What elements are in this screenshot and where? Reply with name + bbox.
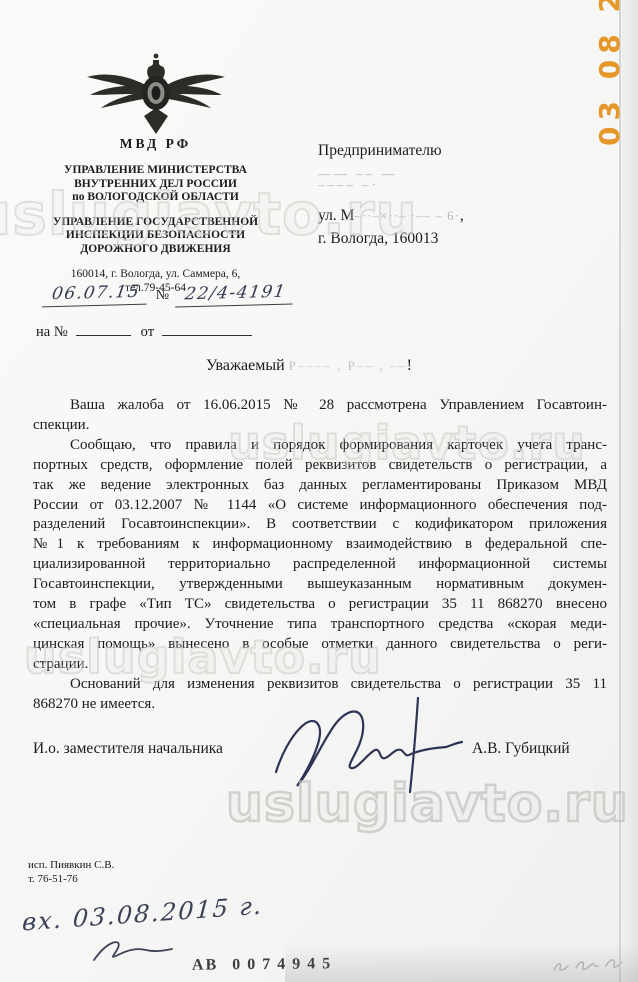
body-line: разделений Госавтоинспекции». В соответс… xyxy=(33,515,607,535)
page-edge-line xyxy=(619,0,621,982)
address-line1: 160014, г. Вологда, ул. Саммера, 6, xyxy=(28,267,283,281)
salutation-suffix: ! xyxy=(407,357,412,374)
incoming-ref-row: на №от xyxy=(36,322,252,341)
body-line: России от 03.12.2007 № 1144 «О системе и… xyxy=(33,496,607,516)
letterhead: МВД РФ УПРАВЛЕНИЕ МИНИСТЕРСТВА ВНУТРЕННИ… xyxy=(28,50,283,295)
body-line: Сообщаю, что правила и порядок формирова… xyxy=(33,436,607,456)
recipient-title: Предпринимателю xyxy=(318,141,613,160)
salutation-name-redacted: Р–––– , Р–– , –– xyxy=(289,358,407,373)
ref-from-label: от xyxy=(141,324,154,340)
body-line: том в графе «Тип ТС» свидетельства о рег… xyxy=(33,595,607,615)
street-suffix: , xyxy=(460,207,464,224)
ref-prefix: на № xyxy=(36,324,68,340)
body-line: спекции. xyxy=(33,416,607,436)
org1-line3: по ВОЛОГОДСКОЙ ОБЛАСТИ xyxy=(28,191,283,205)
recipient-block: Предпринимателю —— –– — –––– –· ул. М–··… xyxy=(318,141,613,248)
ref-date-blank xyxy=(162,322,252,336)
salutation-line: Уважаемый Р–––– , Р–– , ––! xyxy=(206,357,412,375)
scan-bottom-smudge xyxy=(285,944,638,982)
outgoing-number-handwritten: 22/4-4191 xyxy=(175,281,296,307)
mvd-eagle-emblem-icon xyxy=(81,50,231,134)
incoming-note-handwritten: вх. 03.08.2015 г. xyxy=(21,891,264,936)
registration-date-stamp: 03 08 20 xyxy=(593,0,626,146)
recipient-street: ул. М–··–×··– ·–– – 6·, xyxy=(318,206,613,225)
signer-position: И.о. заместителя начальника xyxy=(33,740,223,758)
incoming-note-signature xyxy=(88,936,178,966)
number-sign: № xyxy=(156,288,169,306)
body-line: Ваша жалоба от 16.06.2015 № 28 рассмотре… xyxy=(33,396,607,416)
street-prefix: ул. М xyxy=(318,207,354,224)
recipient-city: г. Вологда, 160013 xyxy=(318,229,613,248)
scanned-letter-page: МВД РФ УПРАВЛЕНИЕ МИНИСТЕРСТВА ВНУТРЕННИ… xyxy=(0,0,638,982)
letter-body: Ваша жалоба от 16.06.2015 № 28 рассмотре… xyxy=(33,396,607,715)
org1-line2: ВНУТРЕННИХ ДЕЛ РОССИИ xyxy=(28,178,283,192)
org2-line1: УПРАВЛЕНИЕ ГОСУДАРСТВЕННОЙ xyxy=(28,216,283,230)
body-line: цинская помощь» вынесено в особые отметк… xyxy=(33,635,607,655)
agency-abbr: МВД РФ xyxy=(28,136,283,152)
body-line: портных средств, оформление полей реквиз… xyxy=(33,456,607,476)
org-name-1: УПРАВЛЕНИЕ МИНИСТЕРСТВА ВНУТРЕННИХ ДЕЛ Р… xyxy=(28,164,283,205)
signer-name: А.В. Губицкий xyxy=(472,740,570,758)
org2-line2: ИНСПЕКЦИИ БЕЗОПАСНОСТИ xyxy=(28,229,283,243)
scan-edge-strip xyxy=(622,0,638,982)
org2-line3: ДОРОЖНОГО ДВИЖЕНИЯ xyxy=(28,243,283,257)
body-line: страции. xyxy=(33,655,607,675)
body-line: циализированной территориально распредел… xyxy=(33,555,607,575)
org-name-2: УПРАВЛЕНИЕ ГОСУДАРСТВЕННОЙ ИНСПЕКЦИИ БЕЗ… xyxy=(28,216,283,257)
handwritten-signature xyxy=(266,692,471,802)
body-line: №1 к требованиям к информационному взаим… xyxy=(33,535,607,555)
salutation-prefix: Уважаемый xyxy=(206,357,289,374)
ref-number-blank xyxy=(76,322,131,336)
street-redacted: –··–×··– ·–– – 6· xyxy=(354,208,460,223)
executor-name: исп. Пиявкин С.В. xyxy=(28,858,114,872)
executor-block: исп. Пиявкин С.В. т. 76-51-76 xyxy=(28,858,114,886)
recipient-name-redacted-2: –––– –· xyxy=(318,179,613,190)
body-line: так же ведение электронных баз данных ре… xyxy=(33,476,607,496)
executor-phone: т. 76-51-76 xyxy=(28,872,114,886)
body-line: Госавтоинспекции, утвержденными вышеуказ… xyxy=(33,575,607,595)
body-line: «специальная прочие». Уточнение типа тра… xyxy=(33,615,607,635)
outgoing-ref-row: 06.07.15 № 22/4-4191 xyxy=(44,283,294,306)
form-series: АВ xyxy=(192,956,218,973)
org1-line1: УПРАВЛЕНИЕ МИНИСТЕРСТВА xyxy=(28,164,283,178)
outgoing-date-handwritten: 06.07.15 xyxy=(42,282,150,308)
